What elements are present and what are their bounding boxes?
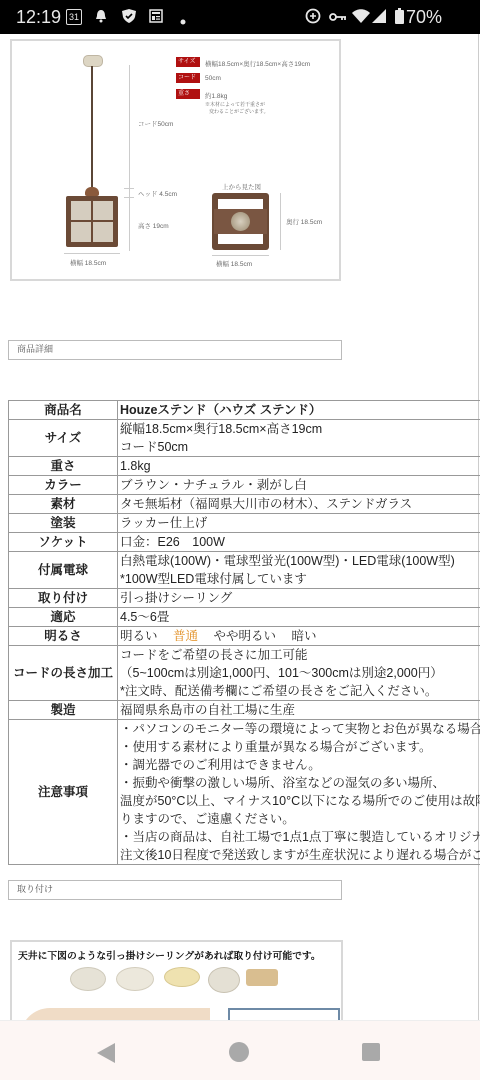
ceiling-rosette-5 [246, 969, 278, 986]
row-value: ・パソコンのモニター等の環境によって実物とお色が異なる場合 ・使用する素材により… [118, 720, 480, 865]
ceiling-rosette-2 [116, 967, 154, 991]
wifi-icon [352, 9, 370, 26]
ceiling-illustration [20, 1008, 210, 1020]
tag-cord-value: 50cm [205, 75, 221, 82]
system-nav-bar [0, 1020, 480, 1080]
table-row: 取り付け 引っ掛けシーリング [9, 589, 480, 608]
value-line: りますので、ご遠慮ください。 [120, 810, 480, 828]
row-value: コードをご希望の長さに加工可能 （5~100cmは別途1,000円、101～30… [118, 646, 480, 701]
head-height-label: ヘッド 4.5cm [138, 189, 177, 198]
dimension-diagram-image: コード50cm ヘッド 4.5cm 高さ 19cm 横幅 18.5cm サイズ … [10, 39, 341, 281]
tag-cord: コード [176, 73, 200, 83]
value-line: ・使用する素材により重量が異なる場合がございます。 [120, 738, 480, 756]
shield-check-icon [121, 8, 137, 27]
mounting-info-image: 天井に下図のような引っ掛けシーリングがあれば取り付け可能です。 [10, 940, 343, 1020]
brightness-level: 暗い [292, 629, 317, 643]
table-row: 素材 タモ無垢材（福岡県大川市の材木）、ステンドガラス [9, 495, 480, 514]
row-value: ブラウン・ナチュラル・剥がし白 [118, 476, 480, 495]
cord [91, 66, 93, 189]
home-icon[interactable] [229, 1042, 249, 1062]
tag-size: サイズ [176, 57, 200, 67]
row-value: 縦幅18.5cm×奥行18.5cm×高さ19cm コード50cm [118, 420, 480, 457]
value-line: コード50cm [120, 438, 480, 456]
row-key: 製造 [9, 701, 118, 720]
table-row: 商品名 Houzeステンド（ハウズ ステンド） [9, 401, 480, 420]
value-line: コードをご希望の長さに加工可能 [120, 646, 480, 664]
web-page[interactable]: コード50cm ヘッド 4.5cm 高さ 19cm 横幅 18.5cm サイズ … [0, 34, 480, 1020]
brightness-level-selected: 普通 [173, 629, 198, 643]
data-saver-icon [305, 8, 321, 27]
cord-length-label: コード50cm [138, 119, 173, 128]
brightness-level: 明るい [120, 629, 158, 643]
table-row: 適応 4.5～6畳 [9, 608, 480, 627]
row-value: 4.5～6畳 [118, 608, 480, 627]
value-line: 縦幅18.5cm×奥行18.5cm×高さ19cm [120, 420, 480, 438]
table-row: カラー ブラウン・ナチュラル・剥がし白 [9, 476, 480, 495]
mounting-title: 天井に下図のような引っ掛けシーリングがあれば取り付け可能です。 [18, 948, 321, 962]
table-row: ソケット 口金：E26 100W [9, 533, 480, 552]
row-value: タモ無垢材（福岡県大川市の材木）、ステンドガラス [118, 495, 480, 514]
battery-icon [395, 8, 404, 27]
row-key: 明るさ [9, 627, 118, 646]
table-row: 付属電球 白熱電球(100W)・電球型蛍光(100W型)・LED電球(100W型… [9, 552, 480, 589]
bell-icon [95, 9, 107, 26]
table-row: 製造 福岡県糸島市の自社工場に生産 [9, 701, 480, 720]
section-header-product-details: 商品詳細 [8, 340, 342, 360]
weight-note-2: 変わることがございます。 [209, 108, 269, 115]
ceiling-rosette [83, 55, 103, 67]
tag-size-value: 横幅18.5cm×奥行18.5cm×高さ19cm [205, 59, 310, 68]
tag-weight: 重さ [176, 89, 200, 99]
row-value: 福岡県糸島市の自社工場に生産 [118, 701, 480, 720]
top-view-lamp [212, 193, 269, 250]
value-line: ・振動や衝撃の激しい場所、浴室などの湿気の多い場所、 [120, 774, 480, 792]
value-line: ・当店の商品は、自社工場で1点1点丁寧に製造しているオリジナ [120, 828, 480, 846]
value-line: *100W型LED電球付属しています [120, 570, 480, 588]
table-row: 重さ 1.8kg [9, 457, 480, 476]
front-width-label: 横幅 18.5cm [70, 258, 106, 267]
row-value: Houzeステンド（ハウズ ステンド） [118, 401, 480, 420]
row-key: 付属電球 [9, 552, 118, 589]
row-value: 引っ掛けシーリング [118, 589, 480, 608]
vpn-key-icon [329, 10, 347, 25]
row-key: ソケット [9, 533, 118, 552]
recents-icon[interactable] [362, 1043, 380, 1061]
row-value: 口金：E26 100W [118, 533, 480, 552]
brightness-scale: 明るい 普通 やや明るい 暗い [118, 627, 480, 646]
weight-note-1: ※木材によって若干重さが [205, 101, 265, 108]
depth-label: 奥行 18.5cm [286, 217, 322, 226]
value-line: 白熱電球(100W)・電球型蛍光(100W型)・LED電球(100W型) [120, 552, 480, 570]
row-value: 白熱電球(100W)・電球型蛍光(100W型)・LED電球(100W型) *10… [118, 552, 480, 589]
signal-icon [372, 9, 386, 26]
top-view-title: 上から見た図 [222, 182, 261, 191]
back-icon[interactable] [97, 1043, 115, 1063]
row-key: 素材 [9, 495, 118, 514]
row-key: 重さ [9, 457, 118, 476]
news-icon [149, 9, 163, 26]
row-value: ラッカー仕上げ [118, 514, 480, 533]
top-width-label: 横幅 18.5cm [216, 259, 252, 268]
value-line: ・パソコンのモニター等の環境によって実物とお色が異なる場合 [120, 720, 480, 738]
calendar-icon: 31 [66, 9, 82, 25]
value-line: 注文後10日程度で発送致しますが生産状況により遅れる場合がご [120, 846, 480, 864]
row-value: 1.8kg [118, 457, 480, 476]
value-line: ・調光器でのご利用はできません。 [120, 756, 480, 774]
lamp-head [85, 187, 99, 196]
clock: 12:19 [16, 7, 61, 28]
status-bar: 12:19 31 70% [0, 0, 480, 34]
value-line: 温度が50°C以上、マイナス10°C以下になる場所でのご使用は故障 [120, 792, 480, 810]
detail-frame [228, 1008, 340, 1020]
tag-weight-value: 約1.8kg [205, 91, 227, 100]
row-key: コードの長さ加工 [9, 646, 118, 701]
table-row: コードの長さ加工 コードをご希望の長さに加工可能 （5~100cmは別途1,00… [9, 646, 480, 701]
value-line: *注文時、配送備考欄にご希望の長さをご記入ください。 [120, 682, 480, 700]
ceiling-rosette-4 [208, 967, 240, 993]
row-key: 注意事項 [9, 720, 118, 865]
table-row: 注意事項 ・パソコンのモニター等の環境によって実物とお色が異なる場合 ・使用する… [9, 720, 480, 865]
value-line: （5~100cmは別途1,000円、101～300cmは別途2,000円） [120, 664, 480, 682]
table-row: 明るさ 明るい 普通 やや明るい 暗い [9, 627, 480, 646]
row-key: カラー [9, 476, 118, 495]
ceiling-rosette-1 [70, 967, 106, 991]
lamp-shade [66, 196, 118, 247]
row-key: 商品名 [9, 401, 118, 420]
section-header-mounting: 取り付け [8, 880, 342, 900]
spec-table: 商品名 Houzeステンド（ハウズ ステンド） サイズ 縦幅18.5cm×奥行1… [8, 400, 480, 865]
row-key: 塗装 [9, 514, 118, 533]
table-row: 塗装 ラッカー仕上げ [9, 514, 480, 533]
battery-percent: 70% [406, 7, 442, 28]
row-key: 取り付け [9, 589, 118, 608]
dot-icon [180, 13, 186, 28]
table-row: サイズ 縦幅18.5cm×奥行18.5cm×高さ19cm コード50cm [9, 420, 480, 457]
brightness-level: やや明るい [214, 629, 277, 643]
row-key: 適応 [9, 608, 118, 627]
shade-height-label: 高さ 19cm [138, 221, 169, 230]
ceiling-rosette-3 [164, 967, 200, 987]
row-key: サイズ [9, 420, 118, 457]
